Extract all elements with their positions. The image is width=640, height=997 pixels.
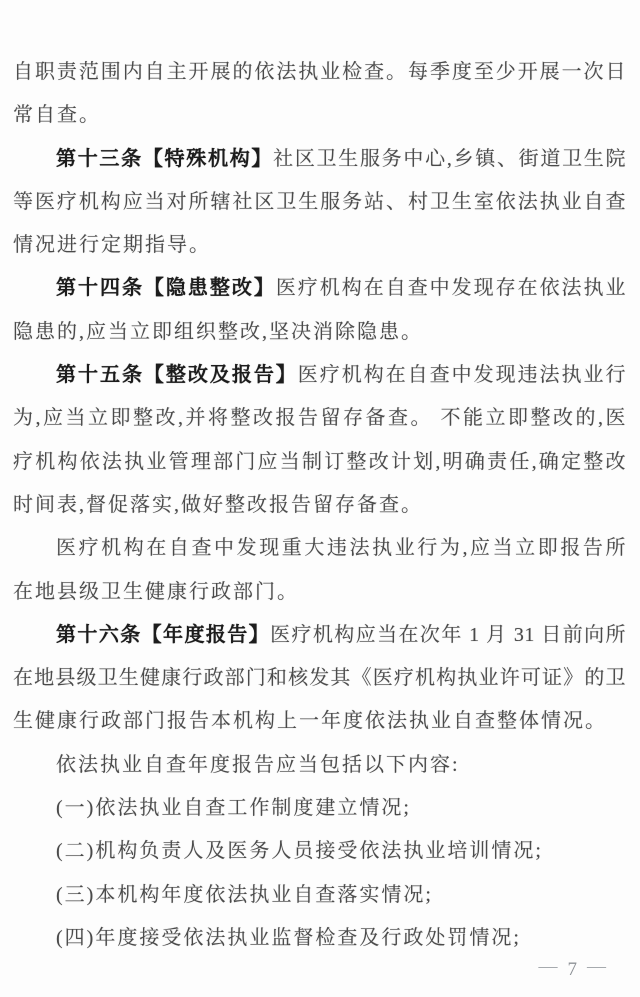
text-line: 自职责范围内自主开展的依法执业检查。每季度至少开展一次日 <box>13 51 626 94</box>
text-line: 常自查。 <box>13 94 626 137</box>
text-line: 隐患的,应当立即组织整改,坚决消除隐患。 <box>13 311 626 354</box>
page-number: 7 <box>568 959 580 980</box>
article-heading: 第十三条【特殊机构】 <box>56 148 273 170</box>
article-heading: 第十六条【年度报告】 <box>56 624 270 646</box>
article-line: 第十三条【特殊机构】社区卫生服务中心,乡镇、街道卫生院 <box>13 138 626 181</box>
text-line: 在地县级卫生健康行政部门和核发其《医疗机构执业许可证》的卫 <box>13 657 626 700</box>
document-page: 自职责范围内自主开展的依法执业检查。每季度至少开展一次日常自查。第十三条【特殊机… <box>0 0 640 997</box>
text-line: 在地县级卫生健康行政部门。 <box>13 571 626 614</box>
text-line: (四)年度接受依法执业监督检查及行政处罚情况; <box>13 917 626 960</box>
text-line: 时间表,督促落实,做好整改报告留存备查。 <box>13 484 626 527</box>
text-line: 疗机构依法执业管理部门应当制订整改计划,明确责任,确定整改 <box>13 441 626 484</box>
text-line: (一)依法执业自查工作制度建立情况; <box>13 787 626 830</box>
text-line: 生健康行政部门报告本机构上一年度依法执业自查整体情况。 <box>13 700 626 743</box>
article-line: 第十六条【年度报告】医疗机构应当在次年 1 月 31 日前向所 <box>13 614 626 657</box>
text-line: (三)本机构年度依法执业自查落实情况; <box>13 874 626 917</box>
text-line: 依法执业自查年度报告应当包括以下内容: <box>13 744 626 787</box>
footer-left-dash: — <box>539 955 560 979</box>
article-heading: 第十四条【隐患整改】 <box>56 277 276 299</box>
page-footer: —7— <box>531 958 617 982</box>
article-line: 第十四条【隐患整改】医疗机构在自查中发现存在依法执业 <box>13 267 626 310</box>
article-line: 第十五条【整改及报告】医疗机构在自查中发现违法执业行 <box>13 354 626 397</box>
text-line: 等医疗机构应当对所辖社区卫生服务站、村卫生室依法执业自查 <box>13 181 626 224</box>
text-line: 为,应当立即整改,并将整改报告留存备查。 不能立即整改的,医 <box>13 397 626 440</box>
text-line: 医疗机构在自查中发现重大违法执业行为,应当立即报告所 <box>13 527 626 570</box>
article-heading: 第十五条【整改及报告】 <box>56 364 298 386</box>
text-line: (二)机构负责人及医务人员接受依法执业培训情况; <box>13 830 626 873</box>
document-lines: 自职责范围内自主开展的依法执业检查。每季度至少开展一次日常自查。第十三条【特殊机… <box>13 51 626 960</box>
footer-right-dash: — <box>587 955 608 979</box>
text-line: 情况进行定期指导。 <box>13 224 626 267</box>
